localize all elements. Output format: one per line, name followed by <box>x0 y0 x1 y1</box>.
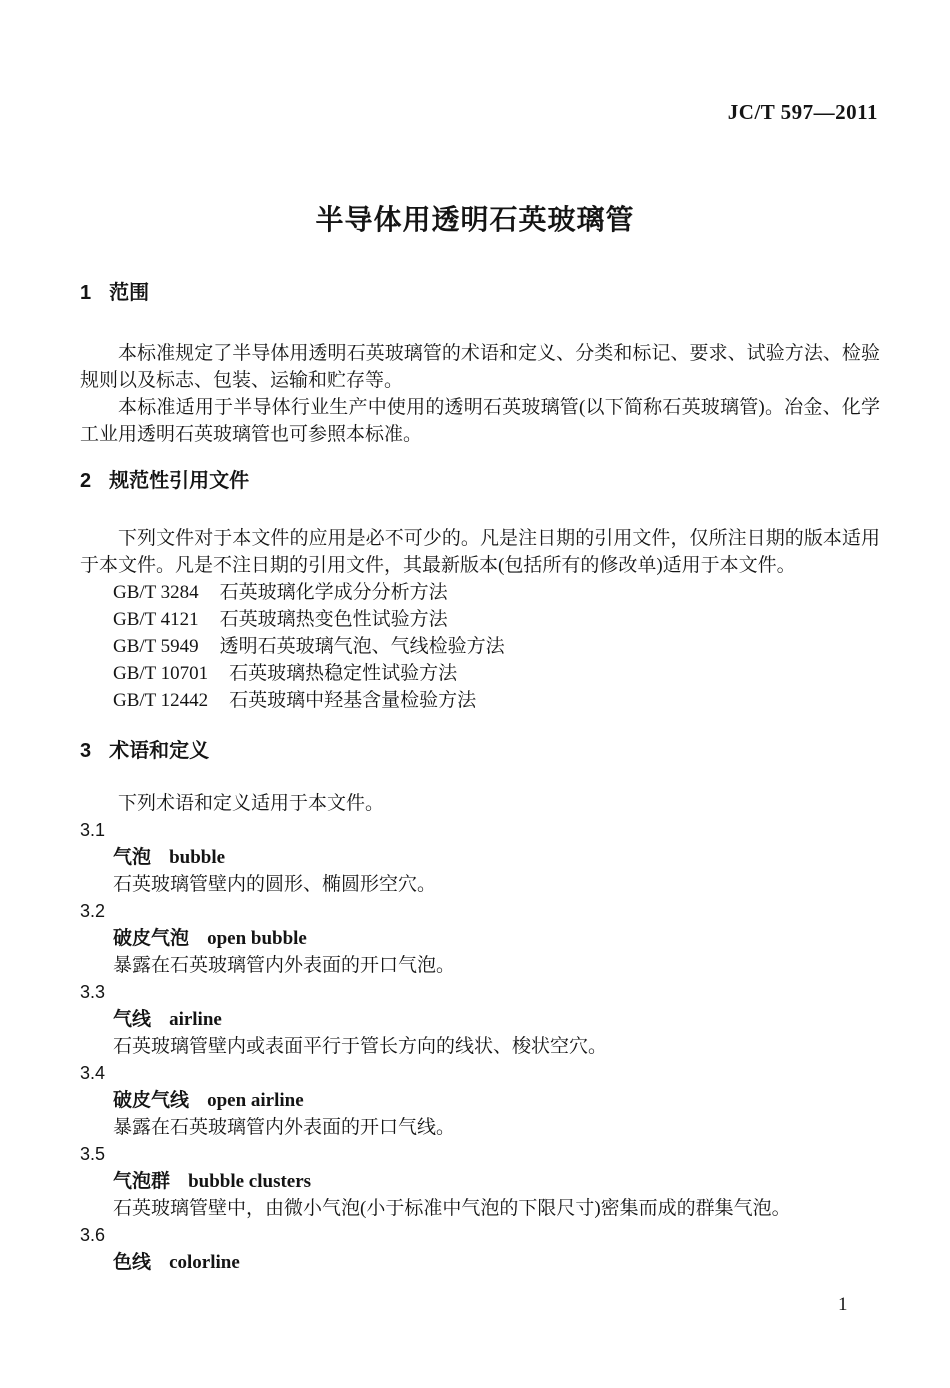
reference-title: 透明石英玻璃气泡、气线检验方法 <box>220 636 505 657</box>
section-terms-title: 术语和定义 <box>109 740 209 762</box>
section-scope-number: 1 <box>80 280 91 307</box>
term-name-zh: 色线 <box>113 1252 151 1273</box>
term-number: 3.6 <box>80 1222 880 1249</box>
reference-code: GB/T 12442 <box>113 690 208 711</box>
term-list: 3.1 气泡bubble 石英玻璃管壁内的圆形、椭圆形空穴。 3.2 破皮气泡o… <box>80 817 880 1276</box>
terms-intro: 下列术语和定义适用于本文件。 <box>80 790 880 817</box>
reference-code: GB/T 10701 <box>113 663 208 684</box>
section-scope-heading: 1范围 <box>80 280 880 307</box>
term-name-en: bubble clusters <box>188 1171 311 1192</box>
term-name-en: open airline <box>207 1090 304 1111</box>
term-item: 3.3 气线airline 石英玻璃管壁内或表面平行于管长方向的线状、梭状空穴。 <box>80 979 880 1060</box>
term-line: 破皮气线open airline <box>80 1087 880 1114</box>
reference-list: GB/T 3284石英玻璃化学成分分析方法 GB/T 4121石英玻璃热变色性试… <box>80 579 880 714</box>
term-definition: 石英玻璃管壁内的圆形、椭圆形空穴。 <box>80 871 880 898</box>
term-item: 3.5 气泡群bubble clusters 石英玻璃管壁中，由微小气泡(小于标… <box>80 1141 880 1222</box>
scope-paragraph-2: 本标准适用于半导体行业生产中使用的透明石英玻璃管(以下简称石英玻璃管)。冶金、化… <box>80 394 880 448</box>
term-item: 3.2 破皮气泡open bubble 暴露在石英玻璃管内外表面的开口气泡。 <box>80 898 880 979</box>
reference-title: 石英玻璃热变色性试验方法 <box>220 609 448 630</box>
term-item: 3.4 破皮气线open airline 暴露在石英玻璃管内外表面的开口气线。 <box>80 1060 880 1141</box>
page-title: 半导体用透明石英玻璃管 <box>0 198 950 238</box>
term-name-zh: 破皮气泡 <box>113 928 189 949</box>
term-line: 破皮气泡open bubble <box>80 925 880 952</box>
term-line: 气线airline <box>80 1006 880 1033</box>
term-name-en: open bubble <box>207 928 307 949</box>
section-references-heading: 2规范性引用文件 <box>80 468 880 495</box>
reference-item: GB/T 4121石英玻璃热变色性试验方法 <box>80 606 880 633</box>
reference-item: GB/T 10701石英玻璃热稳定性试验方法 <box>80 660 880 687</box>
reference-item: GB/T 12442石英玻璃中羟基含量检验方法 <box>80 687 880 714</box>
term-line: 气泡bubble <box>80 844 880 871</box>
section-references-title: 规范性引用文件 <box>109 470 249 492</box>
term-definition: 石英玻璃管壁内或表面平行于管长方向的线状、梭状空穴。 <box>80 1033 880 1060</box>
term-number: 3.1 <box>80 817 880 844</box>
term-name-zh: 气泡 <box>113 847 151 868</box>
section-terms-heading: 3术语和定义 <box>80 738 880 765</box>
section-terms-number: 3 <box>80 738 91 765</box>
reference-title: 石英玻璃化学成分分析方法 <box>220 582 448 603</box>
term-definition: 暴露在石英玻璃管内外表面的开口气泡。 <box>80 952 880 979</box>
reference-title: 石英玻璃中羟基含量检验方法 <box>229 690 476 711</box>
term-name-en: colorline <box>169 1252 240 1273</box>
term-name-zh: 气线 <box>113 1009 151 1030</box>
term-number: 3.2 <box>80 898 880 925</box>
standard-document-page: JC/T 597—2011 半导体用透明石英玻璃管 1范围 本标准规定了半导体用… <box>0 0 950 1388</box>
reference-code: GB/T 3284 <box>113 582 199 603</box>
references-intro: 下列文件对于本文件的应用是必不可少的。凡是注日期的引用文件，仅所注日期的版本适用… <box>80 525 880 579</box>
section-references-number: 2 <box>80 468 91 495</box>
page-number: 1 <box>838 1294 848 1316</box>
scope-paragraph-1: 本标准规定了半导体用透明石英玻璃管的术语和定义、分类和标记、要求、试验方法、检验… <box>80 340 880 394</box>
reference-item: GB/T 5949透明石英玻璃气泡、气线检验方法 <box>80 633 880 660</box>
document-body: 1范围 本标准规定了半导体用透明石英玻璃管的术语和定义、分类和标记、要求、试验方… <box>80 280 880 1276</box>
term-number: 3.4 <box>80 1060 880 1087</box>
term-definition: 暴露在石英玻璃管内外表面的开口气线。 <box>80 1114 880 1141</box>
doc-number: JC/T 597—2011 <box>728 100 878 125</box>
term-name-en: bubble <box>169 847 225 868</box>
reference-code: GB/T 4121 <box>113 609 199 630</box>
term-name-en: airline <box>169 1009 222 1030</box>
reference-code: GB/T 5949 <box>113 636 199 657</box>
term-line: 色线colorline <box>80 1249 880 1276</box>
reference-item: GB/T 3284石英玻璃化学成分分析方法 <box>80 579 880 606</box>
term-name-zh: 破皮气线 <box>113 1090 189 1111</box>
term-item: 3.1 气泡bubble 石英玻璃管壁内的圆形、椭圆形空穴。 <box>80 817 880 898</box>
section-scope-title: 范围 <box>109 282 149 304</box>
reference-title: 石英玻璃热稳定性试验方法 <box>229 663 457 684</box>
term-item: 3.6 色线colorline <box>80 1222 880 1276</box>
term-line: 气泡群bubble clusters <box>80 1168 880 1195</box>
term-number: 3.5 <box>80 1141 880 1168</box>
term-number: 3.3 <box>80 979 880 1006</box>
term-definition: 石英玻璃管壁中，由微小气泡(小于标准中气泡的下限尺寸)密集而成的群集气泡。 <box>80 1195 880 1222</box>
term-name-zh: 气泡群 <box>113 1171 170 1192</box>
